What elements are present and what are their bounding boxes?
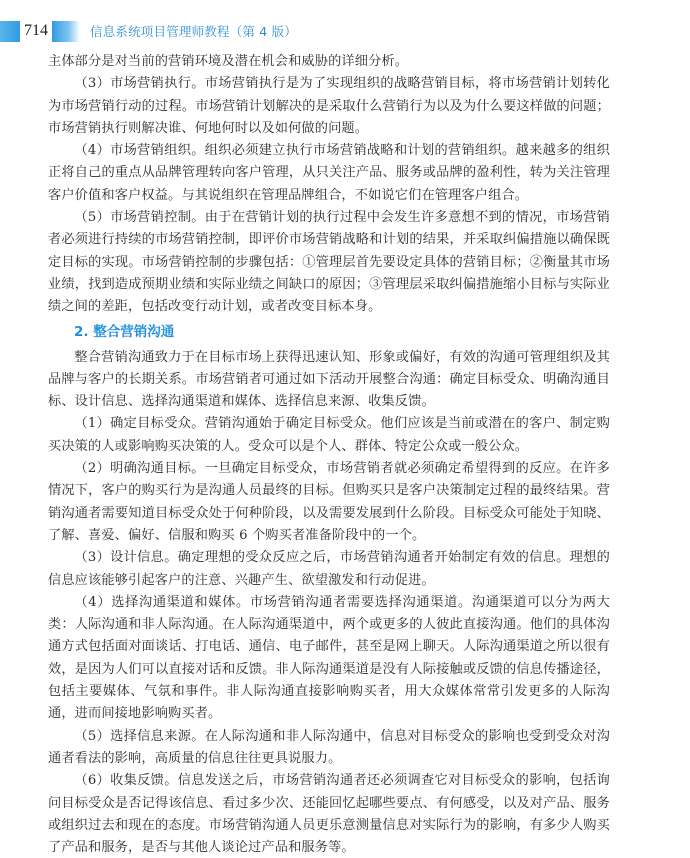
section-heading: 2. 整合营销沟通: [48, 321, 610, 343]
header-accent-bar-right: [52, 21, 80, 42]
book-title: 信息系统项目管理师教程（第 4 版）: [90, 22, 297, 42]
paragraph-design-message: （3）设计信息。确定理想的受众反应之后，市场营销沟通者开始制定有效的信息。理想的…: [48, 547, 610, 592]
header-accent-bar-left: [0, 21, 20, 42]
paragraph-collect-feedback: （6）收集反馈。信息发送之后，市场营销沟通者还必须调查它对目标受众的影响，包括询…: [48, 770, 610, 858]
paragraph-target-audience: （1）确定目标受众。营销沟通始于确定目标受众。他们应该是当前或潜在的客户、制定购…: [48, 413, 610, 458]
paragraph-continuation: 主体部分是对当前的营销环境及潜在机会和威胁的详细分析。: [48, 51, 610, 73]
page-number: 714: [24, 20, 48, 42]
page-body: 主体部分是对当前的营销环境及潜在机会和威胁的详细分析。 （3）市场营销执行。市场…: [48, 51, 610, 858]
paragraph-channels-media: （4）选择沟通渠道和媒体。市场营销沟通者需要选择沟通渠道。沟通渠道可以分为两大类…: [48, 592, 610, 726]
paragraph-marketing-organization: （4）市场营销组织。组织必须建立执行市场营销战略和计划的营销组织。越来越多的组织…: [48, 140, 610, 207]
paragraph-imc-intro: 整合营销沟通致力于在目标市场上获得迅速认知、形象或偏好，有效的沟通可管理组织及其…: [48, 347, 610, 414]
paragraph-marketing-execution: （3）市场营销执行。市场营销执行是为了实现组织的战略营销目标，将市场营销计划转化…: [48, 73, 610, 140]
page-header: 714 信息系统项目管理师教程（第 4 版）: [0, 20, 690, 44]
paragraph-message-source: （5）选择信息来源。在人际沟通和非人际沟通中，信息对目标受众的影响也受到受众对沟…: [48, 726, 610, 771]
paragraph-marketing-control: （5）市场营销控制。由于在营销计划的执行过程中会发生许多意想不到的情况，市场营销…: [48, 207, 610, 318]
paragraph-communication-objectives: （2）明确沟通目标。一旦确定目标受众，市场营销者就必须确定希望得到的反应。在许多…: [48, 458, 610, 547]
